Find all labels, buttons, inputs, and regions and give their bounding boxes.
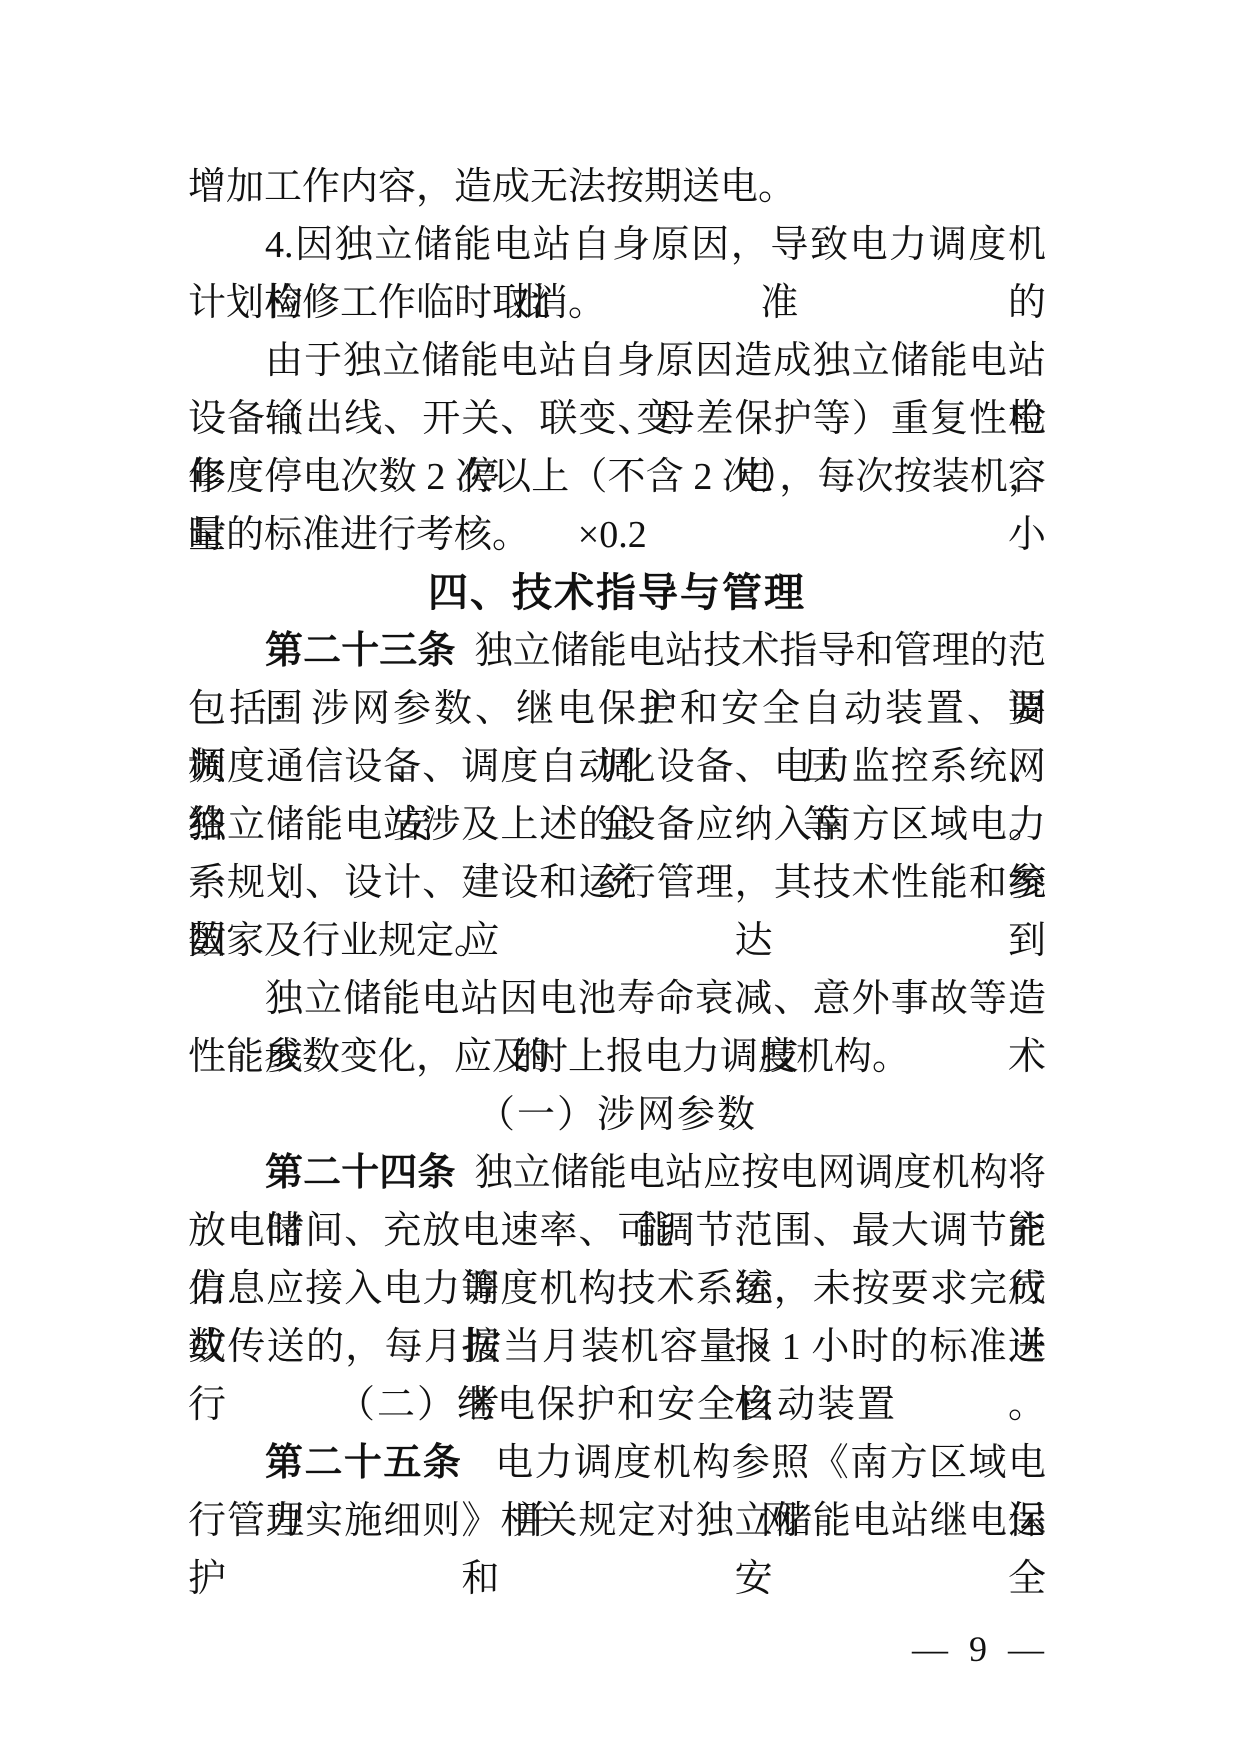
text-line: 第二十三条 独立储能电站技术指导和管理的范围主要 <box>188 622 1046 680</box>
text-line: 一规划、设计、建设和运行管理，其技术性能和参数应达到 <box>188 854 1046 912</box>
line-text: 行管理实施细则》相关规定对独立储能电站继电保护和安全 <box>188 1500 1046 1600</box>
line-text: 增加工作内容，造成无法按期送电。 <box>188 166 796 208</box>
text-line: 年度停电次数 2 次以上（不含 2 次），每次按装机容量×0.2 小 <box>188 448 1046 506</box>
text-line: 第二十五条 电力调度机构参照《南方区域电力并网运 <box>188 1434 1046 1492</box>
chapter-heading: 四、技术指导与管理 <box>188 564 1046 622</box>
text-line: 独立储能电站涉及上述的设备应纳入南方区域电力系统统 <box>188 796 1046 854</box>
text-line: 由于独立储能电站自身原因造成独立储能电站输变电 <box>188 332 1046 390</box>
line-text: 国家及行业规定。 <box>188 920 492 962</box>
article-number: 第二十三条 <box>265 630 455 672</box>
line-text: 时的标准进行考核。 <box>188 514 530 556</box>
text-line: 4.因独立储能电站自身原因，导致电力调度机构批准的 <box>188 216 1046 274</box>
text-column: 增加工作内容，造成无法按期送电。4.因独立储能电站自身原因，导致电力调度机构批准… <box>188 158 1046 1550</box>
document-page: 增加工作内容，造成无法按期送电。4.因独立储能电站自身原因，导致电力调度机构批准… <box>0 0 1240 1754</box>
text-line: 行管理实施细则》相关规定对独立储能电站继电保护和安全 <box>188 1492 1046 1550</box>
line-text: 性能参数变化，应及时上报电力调度机构。 <box>188 1036 910 1078</box>
text-line: 增加工作内容，造成无法按期送电。 <box>188 158 1046 216</box>
text-line: 独立储能电站因电池寿命衰减、意外事故等造成的技术 <box>188 970 1046 1028</box>
text-line: 放电时间、充放电速率、可调节范围、最大调节能力等运行 <box>188 1202 1046 1260</box>
article-number: 四、技术指导与管理 <box>428 571 806 615</box>
line-text: 计划检修工作临时取消。 <box>188 282 606 324</box>
text-line: 或传送的，每月按当月装机容量 × 1 小时的标准进行考核。 <box>188 1318 1046 1376</box>
text-line: 调度通信设备、调度自动化设备、电力监控系统网络安全等。 <box>188 738 1046 796</box>
text-line: 设备（出线、开关、联变、母差保护等）重复性检修停电， <box>188 390 1046 448</box>
line-text: （一）涉网参数 <box>477 1094 757 1136</box>
page-number: — 9 — <box>912 1628 1050 1670</box>
article-number: 第二十四条 <box>265 1152 455 1194</box>
text-line: 信息应接入电力调度机构技术系统，未按要求完成数据报送 <box>188 1260 1046 1318</box>
section-subheading: （一）涉网参数 <box>188 1086 1046 1144</box>
text-line: 包括：涉网参数、继电保护和安全自动装置、调频、调压、 <box>188 680 1046 738</box>
article-number: 第二十五条 <box>265 1442 462 1484</box>
text-line: 第二十四条 独立储能电站应按电网调度机构将储能充 <box>188 1144 1046 1202</box>
line-text: （二）继电保护和安全自动装置 <box>337 1384 897 1426</box>
